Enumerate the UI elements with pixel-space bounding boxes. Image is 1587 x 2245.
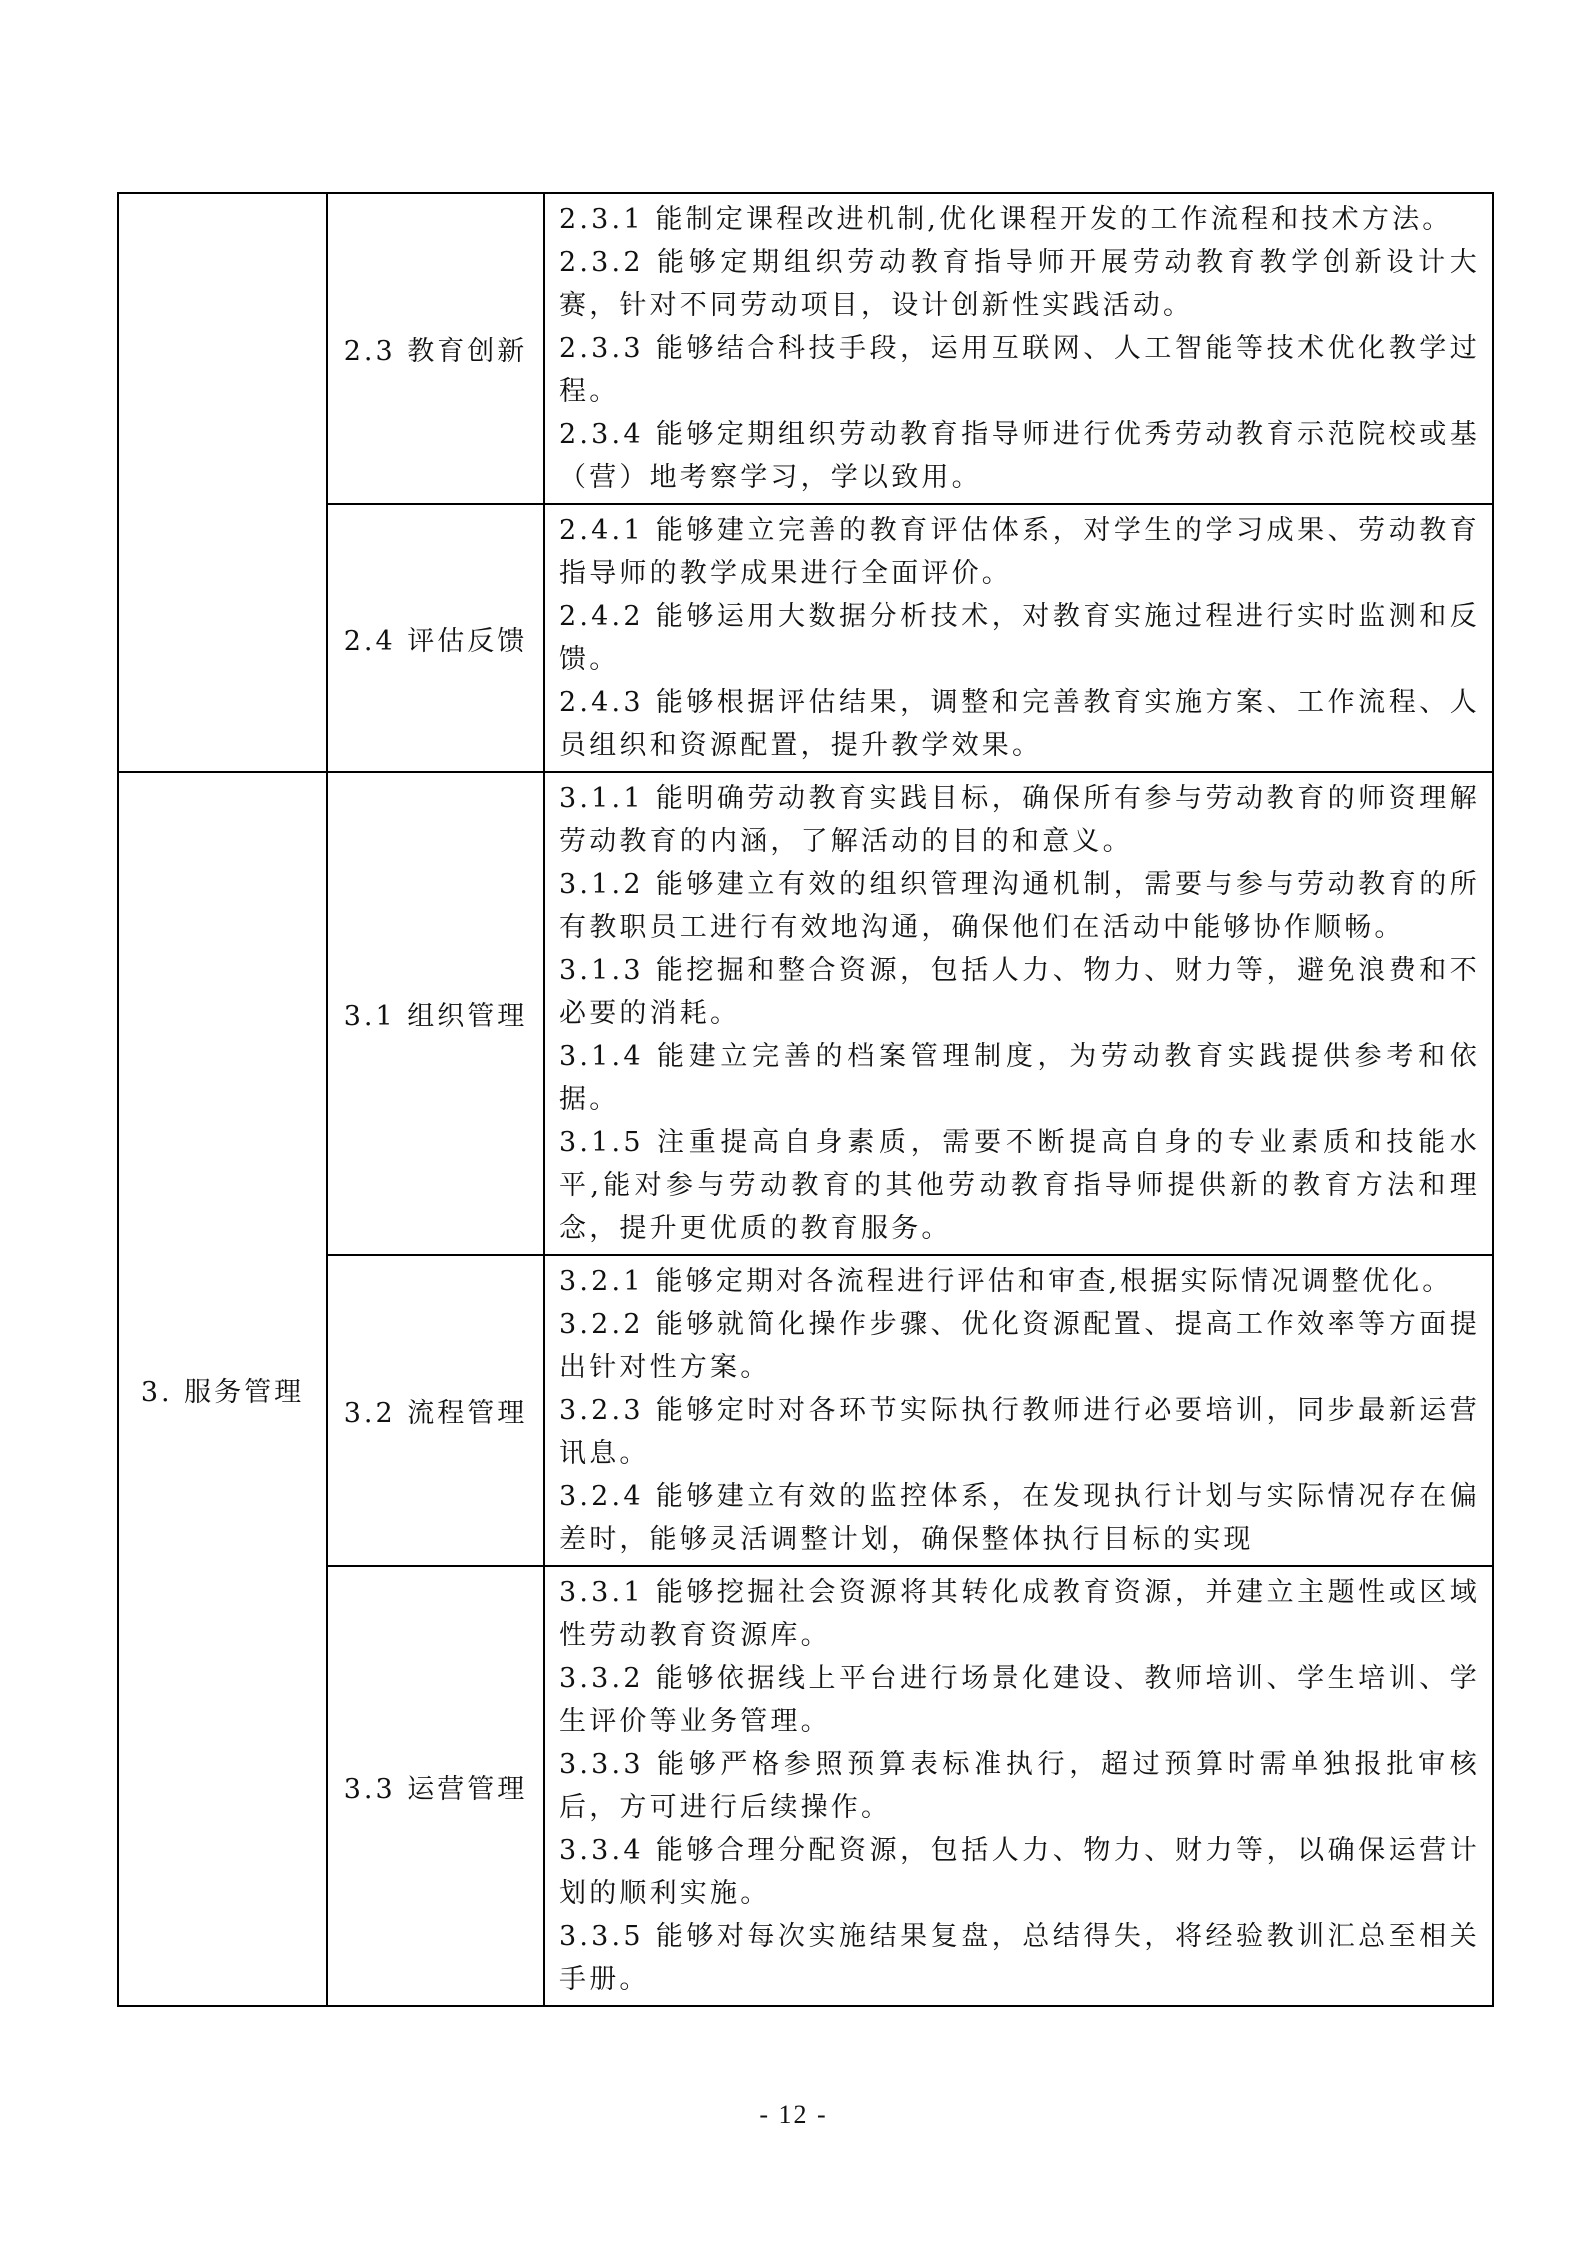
section-items-3-2: 3.2.1 能够定期对各流程进行评估和审查,根据实际情况调整优化。 3.2.2 … (544, 1255, 1493, 1566)
item-3-1-2: 3.1.2 能够建立有效的组织管理沟通机制，需要与参与劳动教育的所有教职员工进行… (559, 863, 1480, 949)
section-items-2-4: 2.4.1 能够建立完善的教育评估体系，对学生的学习成果、劳动教育指导师的教学成… (544, 504, 1493, 772)
section-label-2-4: 2.4 评估反馈 (327, 504, 544, 772)
item-3-2-3: 3.2.3 能够定时对各环节实际执行教师进行必要培训，同步最新运营讯息。 (559, 1389, 1480, 1475)
table-row-2-3: 2.3 教育创新 2.3.1 能制定课程改进机制,优化课程开发的工作流程和技术方… (118, 193, 1493, 504)
section-label-3-1: 3.1 组织管理 (327, 772, 544, 1255)
item-3-3-1: 3.3.1 能够挖掘社会资源将其转化成教育资源，并建立主题性或区域性劳动教育资源… (559, 1571, 1480, 1657)
section-items-3-3: 3.3.1 能够挖掘社会资源将其转化成教育资源，并建立主题性或区域性劳动教育资源… (544, 1566, 1493, 2006)
item-3-1-4: 3.1.4 能建立完善的档案管理制度，为劳动教育实践提供参考和依据。 (559, 1035, 1480, 1121)
item-3-2-2: 3.2.2 能够就简化操作步骤、优化资源配置、提高工作效率等方面提出针对性方案。 (559, 1303, 1480, 1389)
section-items-2-3: 2.3.1 能制定课程改进机制,优化课程开发的工作流程和技术方法。 2.3.2 … (544, 193, 1493, 504)
item-2-3-2: 2.3.2 能够定期组织劳动教育指导师开展劳动教育教学创新设计大赛，针对不同劳动… (559, 241, 1480, 327)
item-3-2-4: 3.2.4 能够建立有效的监控体系，在发现执行计划与实际情况存在偏差时，能够灵活… (559, 1475, 1480, 1561)
section-label-3-3: 3.3 运营管理 (327, 1566, 544, 2006)
competency-standards-table: 2.3 教育创新 2.3.1 能制定课程改进机制,优化课程开发的工作流程和技术方… (117, 192, 1494, 2007)
item-2-4-3: 2.4.3 能够根据评估结果，调整和完善教育实施方案、工作流程、人员组织和资源配… (559, 681, 1480, 767)
section-label-3-2: 3.2 流程管理 (327, 1255, 544, 1566)
item-3-1-5: 3.1.5 注重提高自身素质，需要不断提高自身的专业素质和技能水平,能对参与劳动… (559, 1121, 1480, 1250)
item-2-3-4: 2.3.4 能够定期组织劳动教育指导师进行优秀劳动教育示范院校或基（营）地考察学… (559, 413, 1480, 499)
document-page: 2.3 教育创新 2.3.1 能制定课程改进机制,优化课程开发的工作流程和技术方… (0, 0, 1587, 2245)
level1-cell-service-management: 3. 服务管理 (118, 772, 327, 2006)
item-2-4-1: 2.4.1 能够建立完善的教育评估体系，对学生的学习成果、劳动教育指导师的教学成… (559, 509, 1480, 595)
item-3-2-1: 3.2.1 能够定期对各流程进行评估和审查,根据实际情况调整优化。 (559, 1260, 1480, 1303)
section-label-2-3: 2.3 教育创新 (327, 193, 544, 504)
item-2-4-2: 2.4.2 能够运用大数据分析技术，对教育实施过程进行实时监测和反馈。 (559, 595, 1480, 681)
table-row-3-1: 3. 服务管理 3.1 组织管理 3.1.1 能明确劳动教育实践目标，确保所有参… (118, 772, 1493, 1255)
page-number: - 12 - (0, 2100, 1587, 2130)
item-2-3-1: 2.3.1 能制定课程改进机制,优化课程开发的工作流程和技术方法。 (559, 198, 1480, 241)
item-3-1-1: 3.1.1 能明确劳动教育实践目标，确保所有参与劳动教育的师资理解劳动教育的内涵… (559, 777, 1480, 863)
item-3-3-5: 3.3.5 能够对每次实施结果复盘，总结得失，将经验教训汇总至相关手册。 (559, 1915, 1480, 2001)
item-3-3-3: 3.3.3 能够严格参照预算表标准执行，超过预算时需单独报批审核后，方可进行后续… (559, 1743, 1480, 1829)
item-3-3-4: 3.3.4 能够合理分配资源，包括人力、物力、财力等，以确保运营计划的顺利实施。 (559, 1829, 1480, 1915)
level1-cell-continued (118, 193, 327, 772)
item-3-3-2: 3.3.2 能够依据线上平台进行场景化建设、教师培训、学生培训、学生评价等业务管… (559, 1657, 1480, 1743)
item-3-1-3: 3.1.3 能挖掘和整合资源，包括人力、物力、财力等，避免浪费和不必要的消耗。 (559, 949, 1480, 1035)
section-items-3-1: 3.1.1 能明确劳动教育实践目标，确保所有参与劳动教育的师资理解劳动教育的内涵… (544, 772, 1493, 1255)
item-2-3-3: 2.3.3 能够结合科技手段，运用互联网、人工智能等技术优化教学过程。 (559, 327, 1480, 413)
